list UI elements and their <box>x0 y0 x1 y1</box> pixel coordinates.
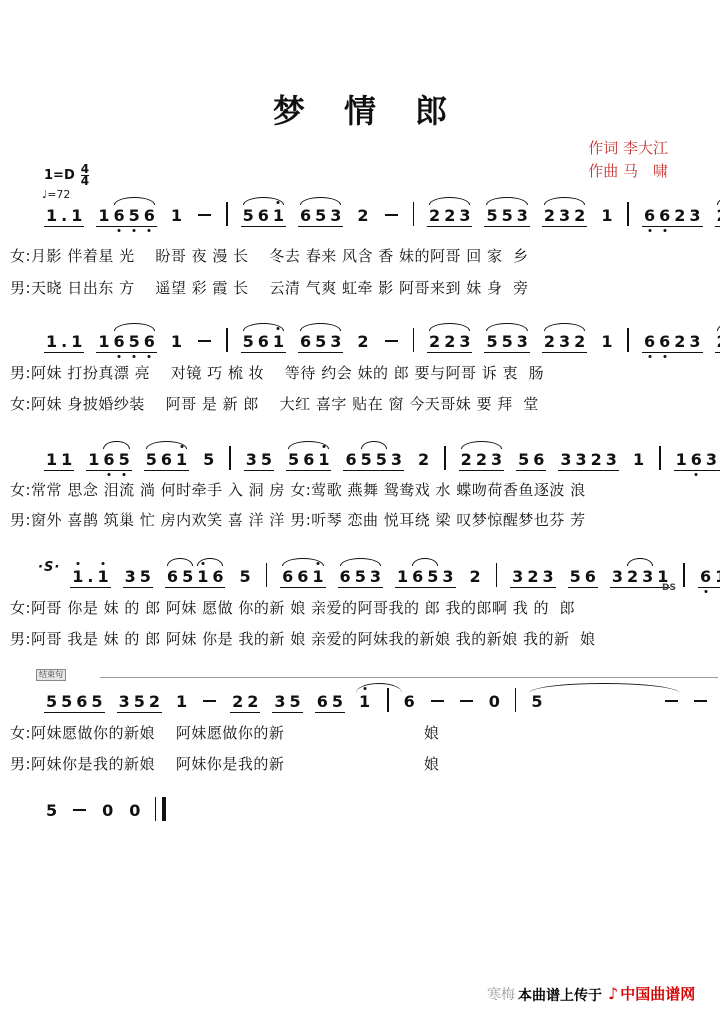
slur: 16 <box>195 567 225 586</box>
lyrics-row-female-3: 女:常常 思念 泪流 淌 何时牵手 入 洞 房 女:莺歌 燕舞 鸳鸯戏 水 蝶吻… <box>10 479 586 500</box>
note: 3 <box>557 332 572 351</box>
slur: 561 <box>286 450 331 469</box>
note: 1 <box>44 206 59 225</box>
note-group: 223 <box>427 332 472 353</box>
note: 3 <box>489 450 504 469</box>
note: 5 <box>313 206 328 225</box>
slur: 561 <box>241 332 286 351</box>
note: 6 <box>583 567 598 586</box>
note: 3 <box>704 450 719 469</box>
slur: 232 <box>542 206 587 225</box>
note-group: 5 <box>529 692 544 711</box>
note-group: 5 <box>237 567 252 586</box>
note-group: 653 <box>298 332 343 353</box>
barline <box>413 328 415 352</box>
note: 6 <box>159 450 174 469</box>
note: 2 <box>474 450 489 469</box>
notation-line-3: 11165561535561655322235633231163532161 <box>38 446 720 478</box>
note: 2 <box>715 332 720 351</box>
note: 6 <box>112 206 127 225</box>
note-group: 6516 <box>165 567 226 588</box>
notation-line-4: S1.1356516566165316532323563231612321235… <box>38 560 720 592</box>
slur: 65 <box>101 450 131 469</box>
note: 1 <box>271 332 286 351</box>
note: 6 <box>657 332 672 351</box>
note: 5 <box>374 450 389 469</box>
note: 2 <box>230 692 245 711</box>
note: 1 <box>195 567 210 586</box>
credit-lyricist: 作词 李大江 <box>588 139 668 157</box>
note: 1 <box>96 206 111 225</box>
note-group: 5565 <box>44 692 105 713</box>
barline <box>226 328 228 352</box>
note: 3 <box>328 332 343 351</box>
duration-dash <box>385 340 398 342</box>
note: 1 <box>713 567 720 586</box>
note-group: 232 <box>542 332 587 353</box>
note-group: 2 <box>468 567 483 586</box>
note: 6 <box>298 206 313 225</box>
note: 5 <box>516 450 531 469</box>
note-group: 1 <box>169 206 184 225</box>
slur: 223 <box>427 332 472 351</box>
note: 5 <box>44 692 59 711</box>
note: 6 <box>402 692 417 711</box>
note-group: 553 <box>484 332 529 353</box>
note: 6 <box>657 206 672 225</box>
duration-dash <box>73 809 86 811</box>
note: 2 <box>542 332 557 351</box>
sheet-music-page: 梦 情 郎 作词 李大江作曲 马 啸 1=D44 ♩=72 1.11656156… <box>0 0 720 1019</box>
note: 3 <box>328 206 343 225</box>
note: 2 <box>416 450 431 469</box>
note: 5 <box>288 692 303 711</box>
note-group: 2116 <box>715 332 720 353</box>
slur: 553 <box>484 206 529 225</box>
lyrics-row-female-ending: 女:阿妹愿做你的新娘 阿妹愿做你的新 娘 <box>10 722 439 743</box>
note-group: 56 <box>568 567 598 588</box>
note: 1 <box>69 206 84 225</box>
notation-line-final: 500 <box>38 797 173 829</box>
key-label: 1=D <box>44 168 75 183</box>
note: 2 <box>355 206 370 225</box>
note: 1 <box>59 450 74 469</box>
note: 3 <box>558 450 573 469</box>
note: 6 <box>642 332 657 351</box>
note: 1 <box>169 332 184 351</box>
note: 5 <box>330 692 345 711</box>
duration-dash <box>198 340 211 342</box>
upload-caption: 本曲谱上传于 <box>516 985 604 1005</box>
note: . <box>59 332 69 351</box>
note-group: 22 <box>230 692 260 713</box>
note: 2 <box>427 206 442 225</box>
note-group: 0 <box>100 801 115 820</box>
note-group: 6623 <box>642 332 703 353</box>
note: 5 <box>500 206 515 225</box>
site-name: 中国曲谱网 <box>620 985 695 1003</box>
note: 5 <box>132 692 147 711</box>
note: 6 <box>142 206 157 225</box>
lyrics-row-female-2: 女:阿妹 身披婚纱装 阿哥 是 新 郎 大红 喜字 贴在 窗 今天哥妹 要 拜 … <box>10 393 539 414</box>
note: 5 <box>89 692 104 711</box>
note: 6 <box>698 567 713 586</box>
note-group: 5 <box>201 450 216 469</box>
note: 2 <box>427 332 442 351</box>
note: 6 <box>256 332 271 351</box>
note: 1 <box>69 332 84 351</box>
note: 6 <box>280 567 295 586</box>
note: . <box>85 567 95 586</box>
note: 1 <box>674 450 689 469</box>
note-group: 2 <box>416 450 431 469</box>
notation-line-ending: 556535212235651605 <box>38 688 720 720</box>
note-group: 661 <box>280 567 325 588</box>
note: 1 <box>599 206 614 225</box>
note: 6 <box>165 567 180 586</box>
note-group: 561 <box>144 450 189 471</box>
note: 5 <box>44 801 59 820</box>
note-group: 232 <box>542 206 587 227</box>
note: 1 <box>271 206 286 225</box>
duration-dash <box>460 700 473 702</box>
barline <box>627 328 629 352</box>
note-group: 561 <box>241 332 286 353</box>
note-group: 1 <box>599 332 614 351</box>
tie-arc <box>356 683 402 693</box>
note-group: 6123 <box>698 567 720 588</box>
note: 5 <box>241 332 256 351</box>
slur: 653 <box>338 567 383 586</box>
slur: 223 <box>427 206 472 225</box>
final-barline <box>155 797 166 821</box>
duration-dash <box>694 700 707 702</box>
note: 3 <box>557 206 572 225</box>
dal-segno-label: DS <box>662 583 676 593</box>
note: 6 <box>295 567 310 586</box>
note: 2 <box>625 567 640 586</box>
note: 1 <box>310 567 325 586</box>
note: 5 <box>500 332 515 351</box>
note: 2 <box>245 692 260 711</box>
note: 5 <box>117 450 132 469</box>
barline <box>444 446 446 470</box>
note: 2 <box>442 206 457 225</box>
site-credit: ♪中国曲谱网 <box>608 983 695 1004</box>
note: 5 <box>127 332 142 351</box>
note: 3 <box>687 206 702 225</box>
note-group: 352 <box>117 692 162 713</box>
barline <box>627 202 629 226</box>
note-group: 0 <box>127 801 142 820</box>
song-title: 梦 情 郎 <box>0 86 720 132</box>
note: 5 <box>241 206 256 225</box>
site-logo-icon: ♪ <box>608 984 618 1003</box>
note: 2 <box>572 206 587 225</box>
duration-dash <box>385 214 398 216</box>
note-group: 6 <box>402 692 417 711</box>
note: 5 <box>127 206 142 225</box>
note: 3 <box>368 567 383 586</box>
note: 5 <box>568 567 583 586</box>
note: 6 <box>256 206 271 225</box>
note: 5 <box>286 450 301 469</box>
lyrics-row-male-ending: 男:阿妹你是我的新娘 阿妹你是我的新 娘 <box>10 753 439 774</box>
note: 3 <box>610 567 625 586</box>
note: 1 <box>86 450 101 469</box>
note: 3 <box>457 206 472 225</box>
slur: 656 <box>112 332 157 351</box>
note-group: 1656 <box>96 206 157 227</box>
note: 5 <box>237 567 252 586</box>
note-group: 1656 <box>96 332 157 353</box>
note-group: 11 <box>44 450 74 471</box>
credit-composer: 作曲 马 啸 <box>588 162 668 180</box>
note: 3 <box>687 332 702 351</box>
note: 1 <box>174 692 189 711</box>
note: 3 <box>515 206 530 225</box>
lyrics-row-female-4: 女:阿哥 你是 妹 的 郎 阿妹 愿做 你的新 娘 亲爱的阿哥我的 郎 我的郎啊… <box>10 597 575 618</box>
note: 3 <box>574 450 589 469</box>
note: 6 <box>74 692 89 711</box>
note-group: 1 <box>357 692 372 711</box>
slur: 223 <box>459 450 504 469</box>
segno-icon: S <box>38 560 59 575</box>
duration-dash <box>665 700 678 702</box>
note: 6 <box>531 450 546 469</box>
barline <box>683 563 685 587</box>
ending-section-label: 结束句 <box>36 669 66 681</box>
note-group: 1 <box>169 332 184 351</box>
note: 6 <box>298 332 313 351</box>
time-signature: 44 <box>81 164 89 187</box>
note: 2 <box>525 567 540 586</box>
note-group: 553 <box>484 206 529 227</box>
note-group: 1.1 <box>44 332 84 353</box>
note: 6 <box>338 567 353 586</box>
note: 2 <box>468 567 483 586</box>
note: 5 <box>138 567 153 586</box>
note-group: 561 <box>286 450 331 471</box>
note: 6 <box>210 567 225 586</box>
slur: 21 <box>715 332 720 351</box>
note: 3 <box>389 450 404 469</box>
lyrics-row-male-2: 男:阿妹 打扮真漂 亮 对镜 巧 梳 妆 等待 约会 妹的 郎 要与阿哥 诉 衷… <box>10 362 544 383</box>
note: 2 <box>589 450 604 469</box>
note: 3 <box>515 332 530 351</box>
note: 1 <box>631 450 646 469</box>
note: 6 <box>101 450 116 469</box>
note: 5 <box>484 332 499 351</box>
note: 3 <box>510 567 525 586</box>
barline <box>413 202 415 226</box>
duration-dash <box>198 214 211 216</box>
note: 2 <box>355 332 370 351</box>
slur: 656 <box>112 206 157 225</box>
note: . <box>59 206 69 225</box>
note-group: 5 <box>44 801 59 820</box>
note: 2 <box>572 332 587 351</box>
note-group: 1653 <box>395 567 456 588</box>
slur: 232 <box>542 332 587 351</box>
note-group: 2116 <box>715 206 720 227</box>
note: 1 <box>70 567 85 586</box>
note-group: 223 <box>427 206 472 227</box>
note: 5 <box>180 567 195 586</box>
note-group: 6623 <box>642 206 703 227</box>
note: 1 <box>44 450 59 469</box>
note: 2 <box>715 206 720 225</box>
note-group: 223 <box>459 450 504 471</box>
note: 5 <box>529 692 544 711</box>
notation-line-1: 1.11656156165322235532321662321165 <box>38 202 720 234</box>
lyrics-row-female-1: 女:月影 伴着星 光 盼哥 夜 漫 长 冬去 春来 风含 香 妹的阿哥 回 家 … <box>10 245 529 266</box>
slur: 653 <box>298 206 343 225</box>
note-group: 35 <box>123 567 153 588</box>
note-group: 1635 <box>674 450 720 471</box>
note: 5 <box>484 206 499 225</box>
note: 5 <box>353 567 368 586</box>
note-group: 1 <box>174 692 189 711</box>
note-group: 1.1 <box>44 206 84 227</box>
note: 6 <box>689 450 704 469</box>
slur: 23 <box>625 567 655 586</box>
note: 6 <box>343 450 358 469</box>
note: 1 <box>169 206 184 225</box>
note: 3 <box>540 567 555 586</box>
note: 3 <box>123 567 138 586</box>
note-group: 653 <box>298 206 343 227</box>
barline <box>229 446 231 470</box>
note-group: 1 <box>631 450 646 469</box>
note: 3 <box>640 567 655 586</box>
note: 3 <box>244 450 259 469</box>
barline <box>515 688 517 712</box>
slur: 561 <box>241 206 286 225</box>
notation-line-2: 1.11656156165322235532321662321161 <box>38 328 720 360</box>
note: 2 <box>442 332 457 351</box>
note: 0 <box>127 801 142 820</box>
barline <box>226 202 228 226</box>
note-group: 165 <box>86 450 131 471</box>
note: 1 <box>96 332 111 351</box>
duration-dash <box>203 700 216 702</box>
barline <box>266 563 268 587</box>
slur: 65 <box>410 567 440 586</box>
note-group: 2 <box>355 332 370 351</box>
note: 1 <box>357 692 372 711</box>
note: 1 <box>96 567 111 586</box>
lyrics-row-male-1: 男:天晓 日出东 方 遥望 彩 霞 长 云清 气爽 虹牵 影 阿哥来到 妹 身 … <box>10 277 529 298</box>
note: 6 <box>142 332 157 351</box>
note: 5 <box>425 567 440 586</box>
barline <box>659 446 661 470</box>
slur: 561 <box>144 450 189 469</box>
note: 0 <box>487 692 502 711</box>
note: 2 <box>459 450 474 469</box>
note-group: 35 <box>244 450 274 471</box>
slur: 21 <box>715 206 720 225</box>
note: 5 <box>359 450 374 469</box>
note: 2 <box>672 332 687 351</box>
key-signature: 1=D44 <box>44 164 89 187</box>
note: 2 <box>542 206 557 225</box>
note-group: 56 <box>516 450 546 471</box>
note: 1 <box>44 332 59 351</box>
note-group: 65 <box>315 692 345 713</box>
note: 5 <box>259 450 274 469</box>
slur: 55 <box>359 450 389 469</box>
duration-dash <box>431 700 444 702</box>
note-group: 653 <box>338 567 383 588</box>
note: 3 <box>440 567 455 586</box>
meter-denominator: 4 <box>81 175 89 187</box>
note-group: 2 <box>355 206 370 225</box>
slur: 653 <box>298 332 343 351</box>
slur: 661 <box>280 567 325 586</box>
lyrics-row-male-3: 男:窗外 喜鹊 筑巢 忙 房内欢笑 喜 洋 洋 男:听琴 恋曲 悦耳绕 梁 叹梦… <box>10 509 586 530</box>
note: 0 <box>100 801 115 820</box>
note: 5 <box>144 450 159 469</box>
note-group: 3323 <box>558 450 619 471</box>
note: 5 <box>313 332 328 351</box>
slur: 553 <box>484 332 529 351</box>
note-group: 561 <box>241 206 286 227</box>
tempo-marking: ♩=72 <box>42 188 70 201</box>
tie-arc <box>529 683 679 693</box>
note: 6 <box>642 206 657 225</box>
note: 6 <box>301 450 316 469</box>
slur: 65 <box>165 567 195 586</box>
ending-section-rule <box>100 677 718 678</box>
note: 6 <box>112 332 127 351</box>
note-group: 1.1 <box>70 567 110 588</box>
note: 1 <box>316 450 331 469</box>
note: 3 <box>604 450 619 469</box>
note: 3 <box>457 332 472 351</box>
note: 3 <box>117 692 132 711</box>
note: 1 <box>174 450 189 469</box>
note-group: 0 <box>487 692 502 711</box>
credits: 作词 李大江作曲 马 啸 <box>588 137 668 183</box>
note: 5 <box>201 450 216 469</box>
note: 6 <box>410 567 425 586</box>
note: 1 <box>395 567 410 586</box>
note-group: 323 <box>510 567 555 588</box>
note: 3 <box>272 692 287 711</box>
note: 6 <box>315 692 330 711</box>
barline <box>496 563 498 587</box>
note: 5 <box>59 692 74 711</box>
note: 2 <box>672 206 687 225</box>
note-group: 6553 <box>343 450 404 471</box>
note-group: 35 <box>272 692 302 713</box>
note-group: 1 <box>599 206 614 225</box>
note: 1 <box>599 332 614 351</box>
lyrics-row-male-4: 男:阿哥 我是 妹 的 郎 阿妹 你是 我的新 娘 亲爱的阿妹我的新娘 我的新娘… <box>10 628 596 649</box>
note: 2 <box>147 692 162 711</box>
